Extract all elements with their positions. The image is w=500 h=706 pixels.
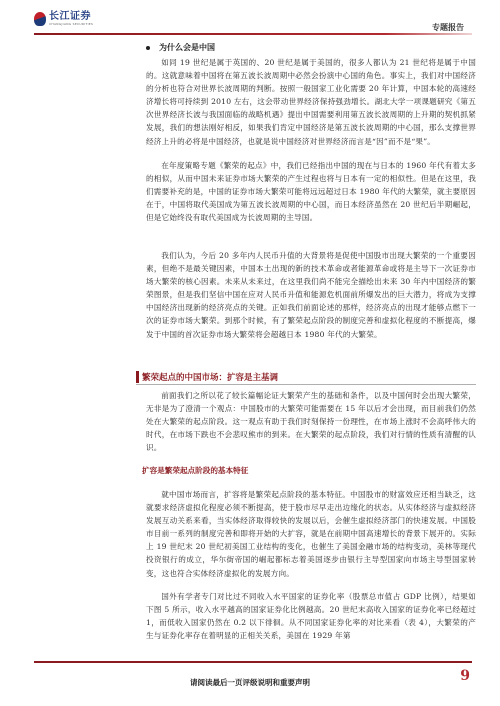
subheading: 扩容是繁荣起点阶段的基本特征 bbox=[142, 465, 248, 476]
company-logo: 长江证券 CHANGJIANG SECURITIES bbox=[34, 12, 93, 26]
section-heading: 繁荣起点的中国市场：扩容是主基调 bbox=[136, 370, 476, 385]
report-type-label: 专题报告 bbox=[432, 22, 464, 33]
footer-divider bbox=[34, 661, 472, 663]
paragraph: 国外有学者专门对比过不同收入水平国家的证券化率（股票总市值占 GDP 比例），结… bbox=[146, 590, 476, 642]
logo-english-name: CHANGJIANG SECURITIES bbox=[49, 23, 93, 26]
footer-disclaimer: 请阅读最后一页评级说明和重要声明 bbox=[0, 677, 500, 688]
page-header: 长江证券 CHANGJIANG SECURITIES 专题报告 bbox=[0, 0, 500, 40]
paragraph: 在年度策略专题《繁荣的起点》中，我们已经指出中国的现在与日本的 1960 年代有… bbox=[146, 159, 476, 224]
paragraph: 就中国市场而言，扩容将是繁荣起点阶段的基本特征。中国股市的财富效应还相当缺乏，这… bbox=[146, 488, 476, 580]
header-divider bbox=[34, 33, 472, 35]
logo-emblem-icon bbox=[34, 12, 46, 26]
bullet-heading: 为什么会是中国 bbox=[146, 42, 215, 53]
paragraph: 我们认为，今后 20 多年内人民币升值的大背景将是促使中国股市出现大繁荣的一个重… bbox=[146, 249, 476, 341]
section-title: 繁荣起点的中国市场：扩容是主基调 bbox=[142, 371, 278, 383]
bullet-heading-text: 为什么会是中国 bbox=[159, 42, 215, 53]
page-number: 9 bbox=[460, 668, 470, 684]
section-marker bbox=[136, 371, 139, 383]
paragraph: 前面我们之所以花了较长篇幅论证大繁荣产生的基础和条件，以及中国何时会出现大繁荣，… bbox=[146, 389, 476, 454]
bullet-icon bbox=[146, 46, 150, 50]
paragraph: 如同 19 世纪是属于英国的、20 世纪是属于美国的，很多人都认为 21 世纪将… bbox=[146, 56, 476, 148]
logo-chinese-name: 长江证券 bbox=[49, 12, 93, 22]
